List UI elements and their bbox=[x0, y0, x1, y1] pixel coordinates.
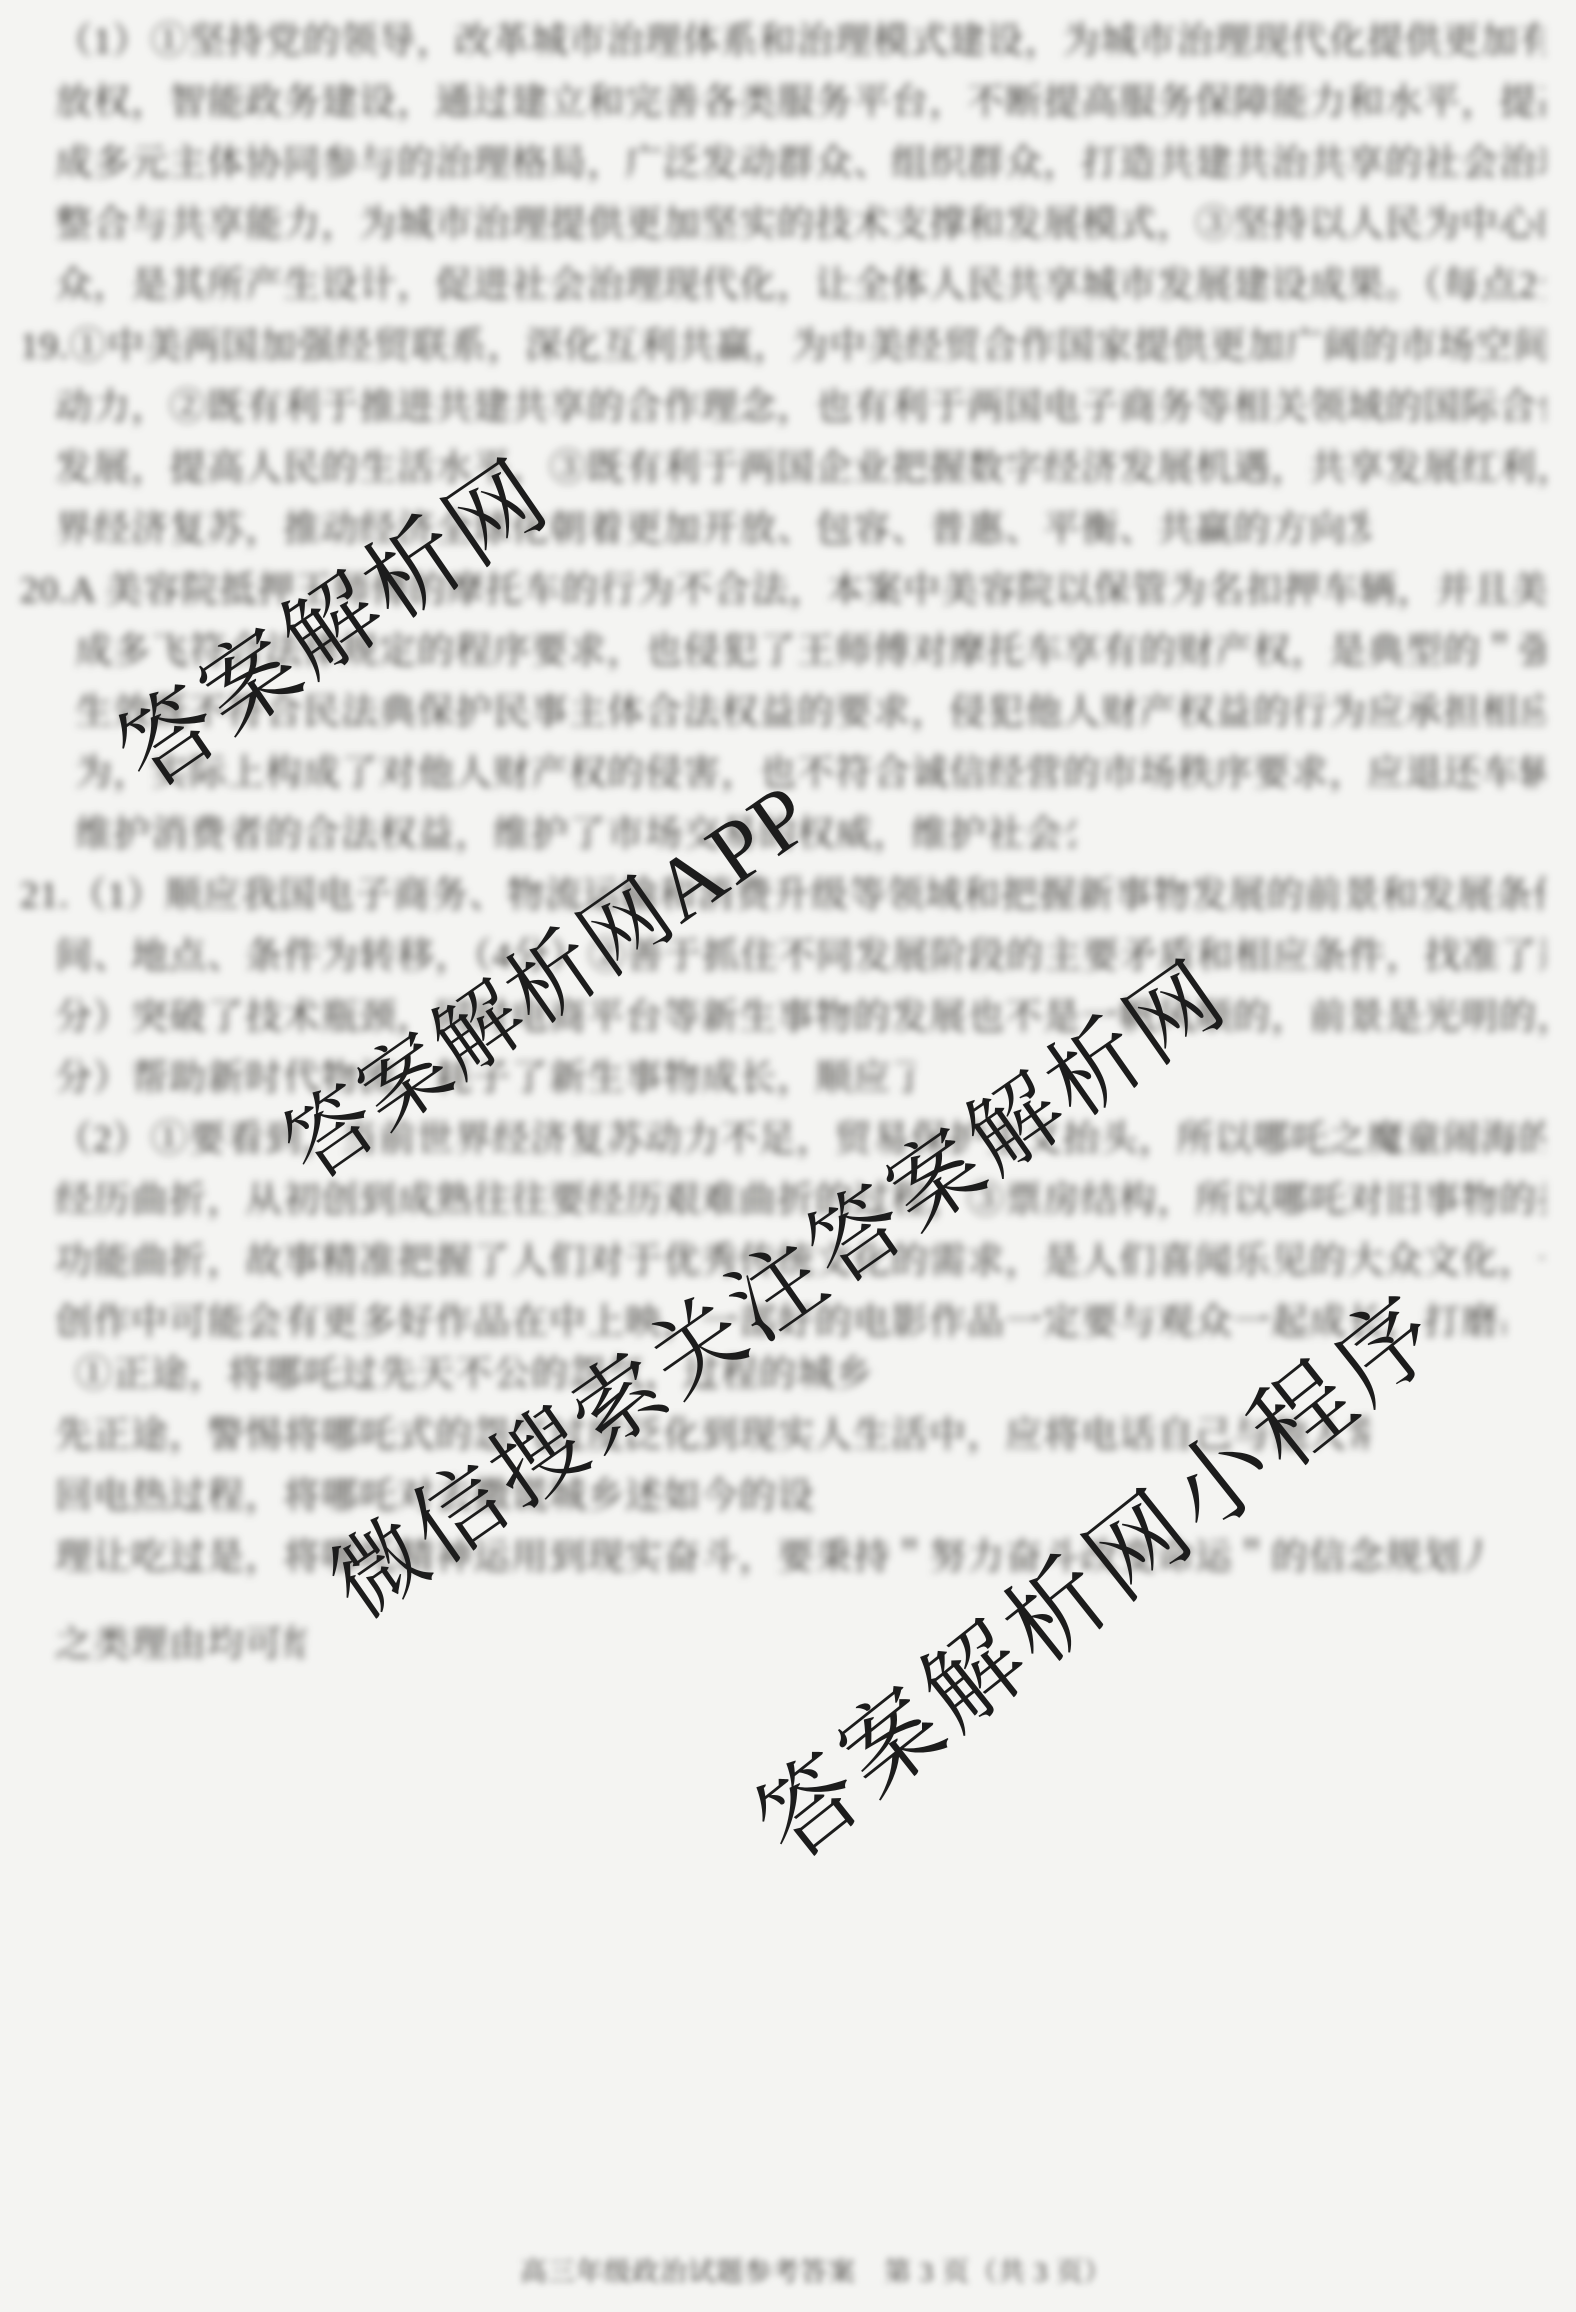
blurred-text-line: 之类理由均可给分） bbox=[55, 1619, 305, 1671]
blurred-text-line: 19.①中美两国加强经贸联系，深化互利共赢，为中美经贸合作国家提供更加广阔的市场… bbox=[20, 321, 1545, 373]
blurred-text-line: 动力，②既有利于推进共建共享的合作理念，也有利于两国电子商务等相关领域的国际合作… bbox=[55, 382, 1545, 434]
blurred-text-line: 成多元主体协同参与的治理格局，广泛发动群众、组织群众，打造共建共治共享的社会治理… bbox=[55, 138, 1545, 190]
page-footer: 高三年级政治试题参考答案 第 3 页（共 3 页） bbox=[520, 2250, 1112, 2294]
blurred-text-line: 发展，提高人民的生活水平，③既有利于两国企业把握数字经济发展机遇，共享发展红利，… bbox=[55, 443, 1545, 495]
blurred-text-line: 界经济复苏，推动经济全球化朝着更加开放、包容、普惠、平衡、共赢的方向发展。（每点… bbox=[55, 504, 1370, 556]
scanned-answer-page: （1）①坚持党的领导，改革城市治理体系和治理模式建设，为城市治理现代化提供更加有… bbox=[0, 0, 1576, 2312]
blurred-text-line: 理让吃过是，将哪吒精神运用到现实奋斗，要秉持＂努力奋斗改变命运＂的信念规划人生，… bbox=[55, 1532, 1480, 1584]
blurred-text-line: 放权，智能政务建设，通过建立和完善各类服务平台，不断提高服务保障能力和水平，提高… bbox=[55, 77, 1545, 129]
blurred-text-line: 整合与共享能力，为城市治理提供更加坚实的技术支撑和发展模式，③坚持以人民为中心的… bbox=[55, 199, 1545, 251]
blurred-text-line: 众，是其所产生设计，促进社会治理现代化，让全体人民共享城市发展建设成果。（每点2… bbox=[55, 260, 1545, 312]
blurred-text-line: 间、地点、条件为转移，（4分）②善于抓住不同发展阶段的主要矛盾和相应条件，找准了… bbox=[55, 931, 1545, 983]
blurred-text-line: （1）①坚持党的领导，改革城市治理体系和治理模式建设，为城市治理现代化提供更加有… bbox=[55, 16, 1545, 68]
blurred-text-line: 维护消费者的合法权益，维护了市场交易的权威，维护社会公平正义。（2分） bbox=[75, 809, 1075, 861]
blurred-text-line: 分）突破了技术瓶颈，同时电商平台等新生事物的发展也不是一帆风顺的，前景是光明的，… bbox=[55, 992, 1545, 1044]
blurred-text-line: 20.A 美容院抵押王师傅的摩托车的行为不合法，本案中美容院以保管为名扣押车辆，… bbox=[20, 565, 1545, 617]
blurred-text-line: 为，实际上构成了对他人财产权的侵害，也不符合诚信经营的市场秩序要求，应退还车辆并… bbox=[75, 748, 1545, 800]
